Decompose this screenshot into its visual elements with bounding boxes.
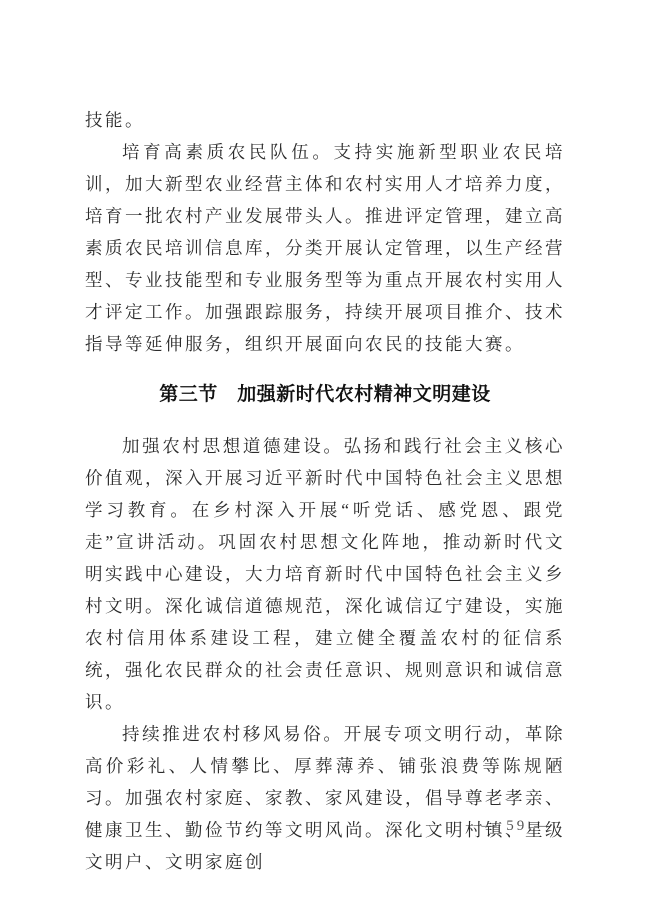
paragraph-customs-reform: 持续推进农村移风易俗。开展专项文明行动，革除高价彩礼、人情攀比、厚葬薄养、铺张浪… bbox=[85, 718, 565, 878]
document-page: 技能。 培育高素质农民队伍。支持实施新型职业农民培训，加大新型农业经营主体和农村… bbox=[0, 0, 650, 919]
paragraph-ideological-construction: 加强农村思想道德建设。弘扬和践行社会主义核心价值观，深入开展习近平新时代中国特色… bbox=[85, 430, 565, 718]
section-heading: 第三节 加强新时代农村精神文明建设 bbox=[85, 379, 565, 411]
page-number: — 59 — bbox=[482, 816, 553, 836]
paragraph-farmers-training: 培育高素质农民队伍。支持实施新型职业农民培训，加大新型农业经营主体和农村实用人才… bbox=[85, 136, 565, 360]
document-body: 技能。 培育高素质农民队伍。支持实施新型职业农民培训，加大新型农业经营主体和农村… bbox=[85, 104, 565, 878]
paragraph-continuation: 技能。 bbox=[85, 104, 565, 136]
